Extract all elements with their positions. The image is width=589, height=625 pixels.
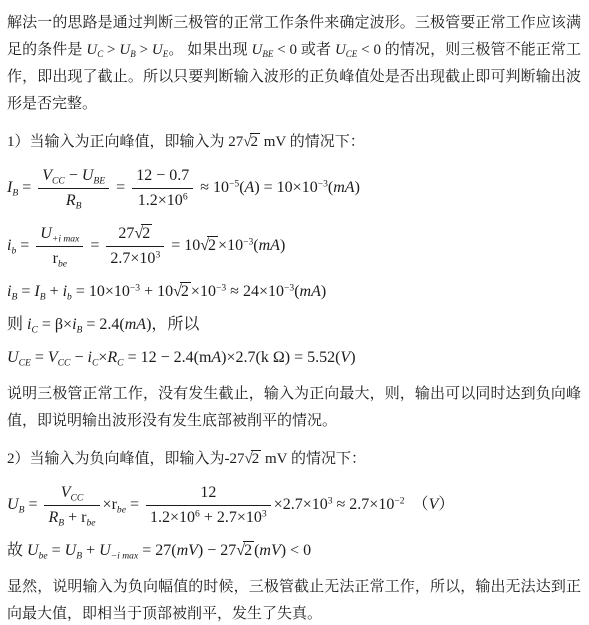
math-fragment: R [48,509,58,526]
math-fragment: mA [300,283,321,300]
math-fragment: R [107,349,117,366]
math-fragment: U+i max [36,224,83,247]
math-fragment: BE [262,49,273,59]
math-fragment: CE [346,49,358,59]
math-fragment: V [340,349,350,366]
math-fragment: 3 [262,508,267,519]
math-fragment: √2 [236,542,254,559]
math-fragment: be [86,517,95,528]
math-fragment: VCCRB + rbe [44,483,99,528]
math-fragment: 2 [207,236,218,255]
math-fragment: √2 [200,237,218,254]
math-fragment: −3 [284,282,294,293]
math-fragment: 6 [183,191,188,202]
math-fragment: rbe [36,247,83,269]
math-fragment: 1.2×106 + 2.7×103 [146,506,271,528]
math-fragment: U [27,542,39,559]
math-fragment: b [11,246,16,257]
math-fragment: −2 [394,495,404,506]
math-fragment: RB [38,189,109,211]
math-fragment: B [130,49,136,59]
math-fragment: mA [259,237,280,254]
math-fragment: mV [259,542,280,559]
math-fragment: V [48,349,58,366]
formula-uce: UCE = VCC − iC×RC = 12 − 2.4(mA)×2.7(k Ω… [7,348,581,368]
math-fragment: −5 [229,178,239,189]
math-fragment: U [7,349,19,366]
math-fragment: C [92,357,98,368]
math-fragment: CC [52,175,65,186]
math-fragment: A [211,349,221,366]
math-fragment: 12 [146,483,271,506]
math-fragment: mA [333,179,354,196]
math-fragment: B [40,291,46,302]
math-fragment: VCC − UBERB [38,166,109,211]
math-fragment: U [99,542,111,559]
math-fragment: 3 [155,249,160,260]
formula-ic: 则 iC = β×iB = 2.4(mA)，所以 [7,315,581,335]
math-fragment: A [245,179,255,196]
math-fragment: U [65,542,77,559]
math-fragment: B [58,517,64,528]
math-fragment: U+i maxrbe [36,224,83,269]
math-fragment: mV [177,542,198,559]
math-fragment: U [7,496,19,513]
math-fragment: 27√22.7×103 [106,224,164,269]
formula-ub: UB = VCCRB + rbe×rbe = 121.2×106 + 2.7×1… [7,483,581,528]
math-fragment: R [66,192,76,209]
math-fragment: U [82,167,94,184]
math-fragment: 121.2×106 + 2.7×103 [146,483,271,528]
math-fragment: VCC [44,483,99,506]
math-fragment: B [76,200,82,211]
math-fragment: V [42,167,52,184]
math-fragment: U [40,225,52,242]
math-fragment: CE [19,357,31,368]
math-fragment: √2 [134,225,152,242]
math-fragment: U [252,42,263,58]
math-fragment: E [163,49,169,59]
math-fragment: C [97,49,103,59]
math-fragment: be [117,505,126,516]
math-fragment: V [429,496,439,513]
math-fragment: √2 [173,283,191,300]
math-fragment: 2 [243,541,254,560]
math-fragment: 3 [328,495,333,506]
math-fragment: B [12,188,18,199]
math-fragment: B [11,291,17,302]
math-fragment: 12 − 0.7 [132,166,193,189]
case2-conclusion-paragraph: 显然，说明输入为负向幅值的时候，三极管截止无法正常工作，所以，输出无法达到正向最… [7,574,581,625]
math-fragment: −3 [130,282,140,293]
math-fragment: RB + rbe [44,506,99,528]
math-fragment: 12 − 0.71.2×106 [132,166,193,211]
math-fragment: b [67,291,72,302]
math-fragment: −3 [318,178,328,189]
math-fragment: CC [70,492,83,503]
math-fragment: B [19,505,25,516]
document-page: 解法一的思路是通过判断三极管的正常工作条件来确定波形。三极管要正常工作应该满足的… [7,10,581,625]
math-fragment: √2 [245,451,262,467]
math-fragment: mA [125,316,146,333]
formula-ube: 故 Ube = UB + U−i max = 27(mV) − 27√2(mV)… [7,541,581,561]
case2-heading: 2）当输入为负向峰值，即输入为-27√2 mV 的情况下： [7,448,581,470]
math-fragment: U [119,42,130,58]
math-fragment: 2 [180,282,191,301]
math-fragment: 6 [195,508,200,519]
math-fragment: 2.7×103 [106,247,164,269]
math-fragment: CC [58,357,71,368]
formula-ib-ac: ib = U+i maxrbe = 27√22.7×103 = 10√2×10−… [7,224,581,269]
math-fragment: −3 [216,282,226,293]
math-fragment: U [335,42,346,58]
math-fragment: U [152,42,163,58]
formula-ib-total: iB = IB + ib = 10×10−3 + 10√2×10−3 ≈ 24×… [7,282,581,302]
math-fragment: VCC − UBE [38,166,109,189]
math-fragment: be [39,550,48,561]
math-fragment: 2 [250,133,261,151]
math-fragment: C [31,324,37,335]
math-fragment: −3 [243,236,253,247]
formula-ib-dc: IB = VCC − UBERB = 12 − 0.71.2×106 ≈ 10−… [7,166,581,211]
case1-heading: 1）当输入为正向峰值，即输入为 27√2 mV 的情况下： [7,131,581,153]
solution-intro-paragraph: 解法一的思路是通过判断三极管的正常工作条件来确定波形。三极管要正常工作应该满足的… [7,10,581,118]
case1-conclusion-paragraph: 说明三极管正常工作，没有发生截止，输入为正向最大，则，输出可以同时达到负向峰值，… [7,381,581,435]
math-fragment: √2 [243,134,260,150]
math-fragment: C [117,357,123,368]
math-fragment: +i max [52,233,80,244]
math-fragment: 1.2×106 [132,189,193,211]
math-fragment: be [58,258,67,269]
math-fragment: U [86,42,97,58]
math-fragment: BE [93,175,105,186]
math-fragment: 2 [141,224,152,243]
math-fragment: B [76,550,82,561]
math-fragment: 2 [251,450,262,468]
math-fragment: 27√2 [106,224,164,247]
math-fragment: −i max [111,550,139,561]
math-fragment: B [77,324,83,335]
